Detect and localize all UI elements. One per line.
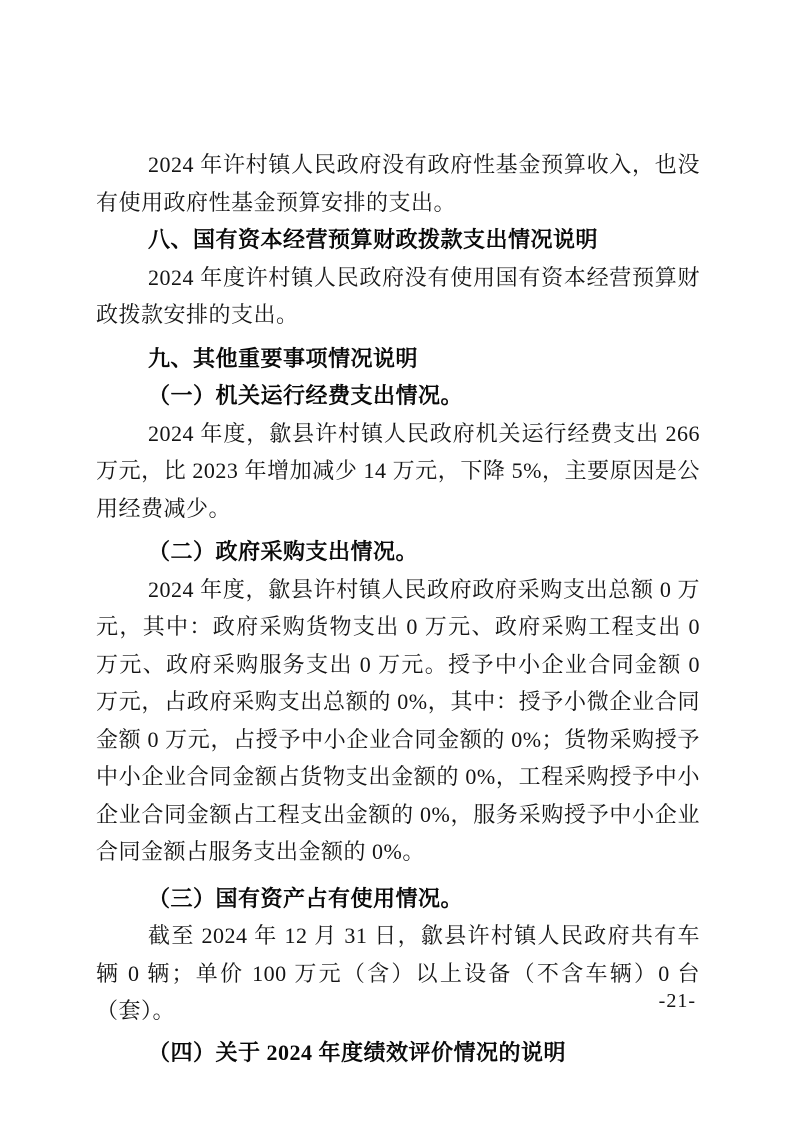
- heading-sub-one-agency-operating-expense: （一）机关运行经费支出情况。: [96, 377, 700, 415]
- paragraph-government-procurement: 2024 年度，歙县许村镇人民政府政府采购支出总额 0 万元，其中：政府采购货物…: [96, 571, 700, 871]
- heading-sub-two-government-procurement: （二）政府采购支出情况。: [96, 533, 700, 571]
- heading-section-eight-soe-budget: 八、国有资本经营预算财政拨款支出情况说明: [96, 221, 700, 259]
- paragraph-soe-budget: 2024 年度许村镇人民政府没有使用国有资本经营预算财政拨款安排的支出。: [96, 259, 700, 334]
- paragraph-government-fund-budget: 2024 年许村镇人民政府没有政府性基金预算收入，也没有使用政府性基金预算安排的…: [96, 146, 700, 221]
- heading-sub-three-state-assets: （三）国有资产占有使用情况。: [96, 880, 700, 918]
- paragraph-agency-operating-expense: 2024 年度，歙县许村镇人民政府机关运行经费支出 266 万元，比 2023 …: [96, 415, 700, 528]
- heading-sub-four-performance-evaluation: （四）关于 2024 年度绩效评价情况的说明: [96, 1034, 700, 1072]
- page-number: -21-: [659, 990, 696, 1013]
- document-body: 2024 年许村镇人民政府没有政府性基金预算收入，也没有使用政府性基金预算安排的…: [96, 146, 700, 1071]
- document-page: 2024 年许村镇人民政府没有政府性基金预算收入，也没有使用政府性基金预算安排的…: [0, 0, 793, 1122]
- paragraph-state-assets: 截至 2024 年 12 月 31 日，歙县许村镇人民政府共有车辆 0 辆；单价…: [96, 917, 700, 1030]
- heading-section-nine-other-matters: 九、其他重要事项情况说明: [96, 340, 700, 378]
